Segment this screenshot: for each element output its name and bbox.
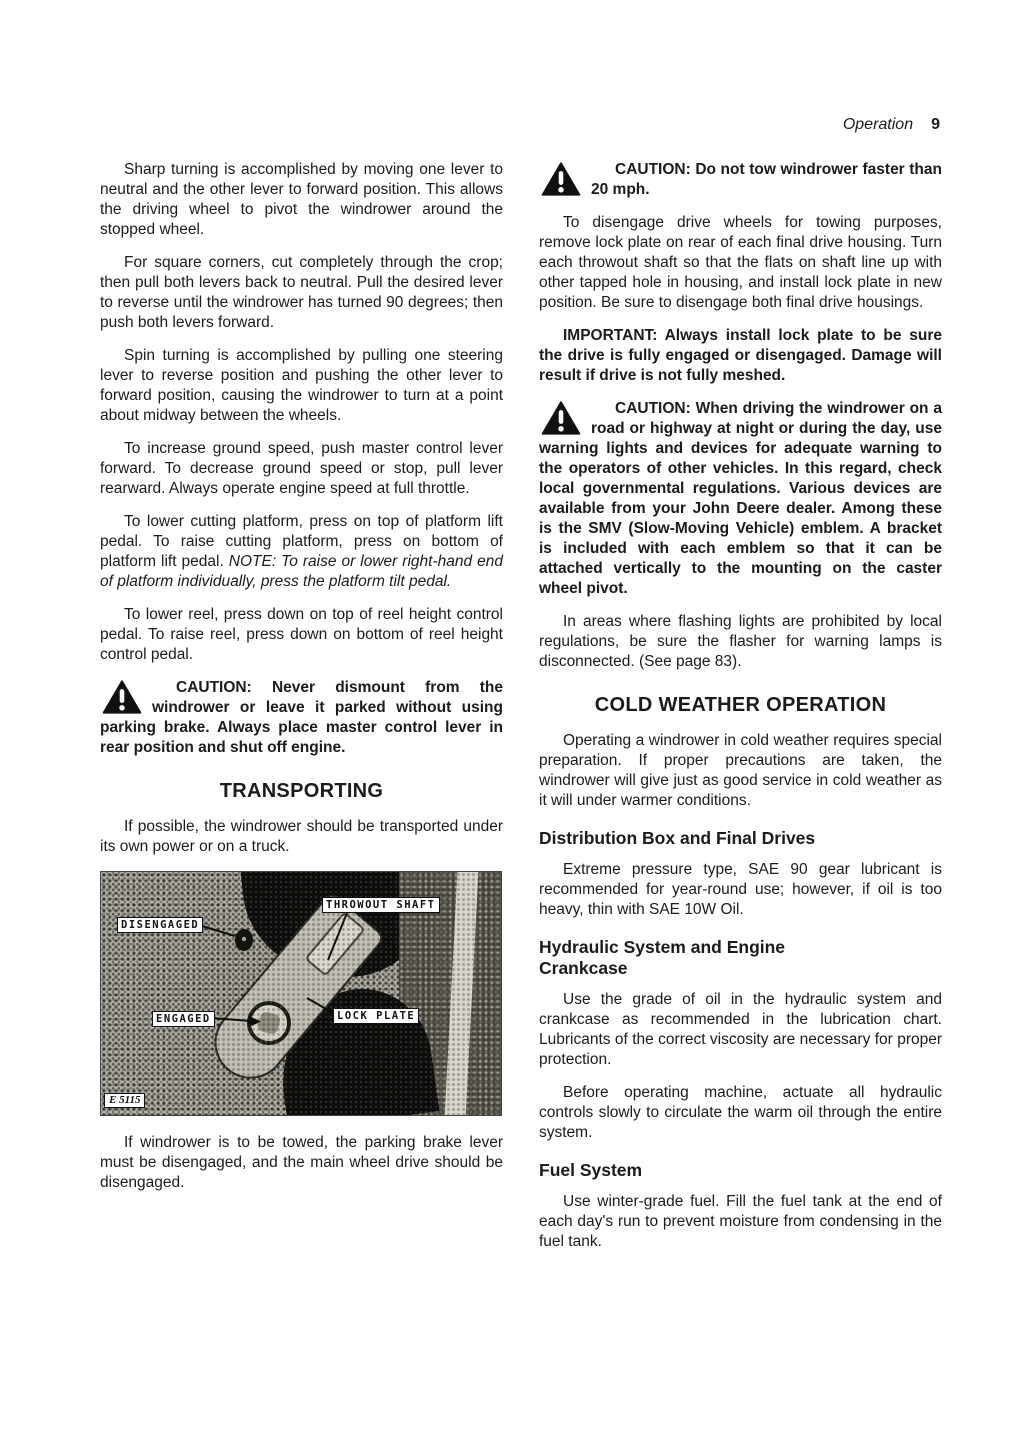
left-column: Sharp turning is accomplished by moving …: [100, 160, 503, 1265]
paragraph-towed: If windrower is to be towed, the parking…: [100, 1133, 503, 1193]
paragraph-spin-turning: Spin turning is accomplished by pulling …: [100, 346, 503, 426]
paragraph-disengage-wheels: To disengage drive wheels for towing pur…: [539, 213, 942, 313]
figure-label-engaged: ENGAGED: [152, 1011, 215, 1027]
section-title: Operation: [843, 116, 913, 133]
paragraph-ground-speed: To increase ground speed, push master co…: [100, 439, 503, 499]
section-heading-cold-weather: COLD WEATHER OPERATION: [539, 694, 942, 716]
right-column: CAUTION: Do not tow windrower faster tha…: [539, 160, 942, 1265]
warning-triangle-icon: [102, 680, 142, 714]
paragraph-transport: If possible, the windrower should be tra…: [100, 817, 503, 857]
paragraph-hydraulic-oil: Use the grade of oil in the hydraulic sy…: [539, 990, 942, 1070]
caution-note-tow: CAUTION: Do not tow windrower faster tha…: [539, 160, 942, 200]
paragraph-square-corners: For square corners, cut completely throu…: [100, 253, 503, 333]
figure-photo-lock-plate: DISENGAGED THROWOUT SHAFT ENGAGED LOCK P…: [100, 871, 502, 1116]
paragraph-hydraulic-warmup: Before operating machine, actuate all hy…: [539, 1083, 942, 1143]
figure-label-throwout-shaft: THROWOUT SHAFT: [322, 897, 440, 913]
subsection-heading-hydraulic-system: Hydraulic System and Engine Crankcase: [539, 937, 849, 979]
important-note-lock-plate: IMPORTANT: Always install lock plate to …: [539, 326, 942, 386]
page-header: Operation9: [843, 116, 940, 134]
caution-text: CAUTION: Do not tow windrower faster tha…: [591, 161, 942, 198]
figure-label-disengaged: DISENGAGED: [117, 917, 203, 933]
two-column-body: Sharp turning is accomplished by moving …: [100, 160, 942, 1265]
page-number: 9: [931, 116, 940, 133]
warning-triangle-icon: [541, 162, 581, 196]
section-heading-transporting: TRANSPORTING: [100, 780, 503, 802]
subsection-heading-fuel-system: Fuel System: [539, 1160, 942, 1181]
paragraph-cold-weather: Operating a windrower in cold weather re…: [539, 731, 942, 811]
caution-text: CAUTION: When driving the windrower on a…: [539, 400, 942, 597]
paragraph-fuel-system: Use winter-grade fuel. Fill the fuel tan…: [539, 1192, 942, 1252]
paragraph-distribution-box: Extreme pressure type, SAE 90 gear lubri…: [539, 860, 942, 920]
figure-label-lock-plate: LOCK PLATE: [333, 1008, 419, 1024]
warning-triangle-icon: [541, 401, 581, 435]
paragraph-reel-pedal: To lower reel, press down on top of reel…: [100, 605, 503, 665]
figure-code: E 5115: [104, 1093, 145, 1108]
manual-page: Operation9 Sharp turning is accomplished…: [0, 0, 1024, 1449]
paragraph-platform-pedal: To lower cutting platform, press on top …: [100, 512, 503, 592]
subsection-heading-distribution-box: Distribution Box and Final Drives: [539, 828, 942, 849]
caution-note-dismount: CAUTION: Never dismount from the windrow…: [100, 678, 503, 758]
paragraph-sharp-turning: Sharp turning is accomplished by moving …: [100, 160, 503, 240]
figure-leader-lines: [101, 872, 501, 1115]
paragraph-flashing-lights: In areas where flashing lights are prohi…: [539, 612, 942, 672]
caution-text: CAUTION: Never dismount from the windrow…: [100, 679, 503, 756]
caution-note-driving: CAUTION: When driving the windrower on a…: [539, 399, 942, 599]
